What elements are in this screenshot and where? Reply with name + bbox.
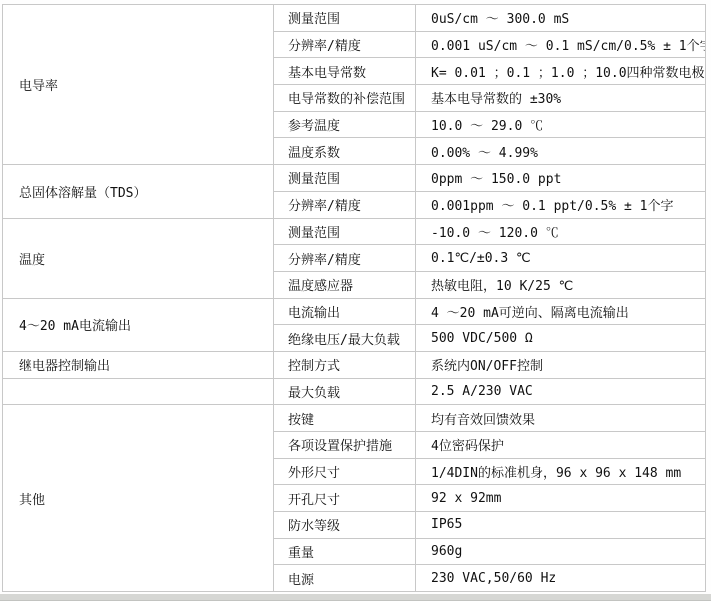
value-cell: 1/4DIN的标准机身，96 x 96 x 148 mm xyxy=(416,458,706,485)
value-cell: 4位密码保护 xyxy=(416,432,706,459)
category-cell-other: 其他 xyxy=(3,405,274,592)
table-row: 最大负载 2.5 A/230 VAC xyxy=(3,378,706,405)
value-cell: 2.5 A/230 VAC xyxy=(416,378,706,405)
value-cell: 0.00% ～ 4.99% xyxy=(416,138,706,165)
param-cell: 温度系数 xyxy=(274,138,416,165)
param-cell: 防水等级 xyxy=(274,512,416,539)
param-cell: 温度感应器 xyxy=(274,271,416,298)
category-cell-relay-output: 继电器控制输出 xyxy=(3,351,274,378)
table-row: 4～20 mA电流输出 电流输出 4 ～20 mA可逆向、隔离电流输出 xyxy=(3,298,706,325)
value-cell: IP65 xyxy=(416,512,706,539)
category-cell-empty xyxy=(3,378,274,405)
value-cell: 960g xyxy=(416,538,706,565)
value-cell: 500 VDC/500 Ω xyxy=(416,325,706,352)
param-cell: 分辨率/精度 xyxy=(274,31,416,58)
value-cell: 92 x 92mm xyxy=(416,485,706,512)
param-cell: 参考温度 xyxy=(274,111,416,138)
value-cell: 10.0 ～ 29.0 ℃ xyxy=(416,111,706,138)
param-cell: 外形尺寸 xyxy=(274,458,416,485)
value-cell: 4 ～20 mA可逆向、隔离电流输出 xyxy=(416,298,706,325)
table-row: 总固体溶解量（TDS） 测量范围 0ppm ～ 150.0 ppt xyxy=(3,165,706,192)
param-cell: 基本电导常数 xyxy=(274,58,416,85)
value-cell: 0.1℃/±0.3 ℃ xyxy=(416,245,706,272)
value-cell: 基本电导常数的 ±30% xyxy=(416,85,706,112)
param-cell: 按键 xyxy=(274,405,416,432)
category-cell-current-output: 4～20 mA电流输出 xyxy=(3,298,274,351)
value-cell: 热敏电阻，10 K/25 ℃ xyxy=(416,271,706,298)
value-cell: 均有音效回馈效果 xyxy=(416,405,706,432)
param-cell: 电导常数的补偿范围 xyxy=(274,85,416,112)
table-row: 继电器控制输出 控制方式 系统内ON/OFF控制 xyxy=(3,351,706,378)
category-cell-temperature: 温度 xyxy=(3,218,274,298)
value-cell: 230 VAC,50/60 Hz xyxy=(416,565,706,592)
value-cell: 0uS/cm ～ 300.0 mS xyxy=(416,5,706,32)
param-cell: 控制方式 xyxy=(274,351,416,378)
table-row: 其他 按键 均有音效回馈效果 xyxy=(3,405,706,432)
value-cell: 0.001ppm ～ 0.1 ppt/0.5% ± 1个字 xyxy=(416,191,706,218)
spec-table: 电导率 测量范围 0uS/cm ～ 300.0 mS 分辨率/精度 0.001 … xyxy=(2,4,706,592)
category-cell-conductivity: 电导率 xyxy=(3,5,274,165)
param-cell: 测量范围 xyxy=(274,165,416,192)
value-cell: K= 0.01 ；0.1 ；1.0 ；10.0四种常数电极 xyxy=(416,58,706,85)
value-cell: 系统内ON/OFF控制 xyxy=(416,351,706,378)
param-cell: 各项设置保护措施 xyxy=(274,432,416,459)
param-cell: 测量范围 xyxy=(274,5,416,32)
param-cell: 重量 xyxy=(274,538,416,565)
table-row: 温度 测量范围 -10.0 ～ 120.0 ℃ xyxy=(3,218,706,245)
value-cell: 0ppm ～ 150.0 ppt xyxy=(416,165,706,192)
param-cell: 开孔尺寸 xyxy=(274,485,416,512)
param-cell: 电流输出 xyxy=(274,298,416,325)
table-row: 电导率 测量范围 0uS/cm ～ 300.0 mS xyxy=(3,5,706,32)
category-cell-tds: 总固体溶解量（TDS） xyxy=(3,165,274,218)
param-cell: 电源 xyxy=(274,565,416,592)
value-cell: 0.001 uS/cm ～ 0.1 mS/cm/0.5% ± 1个字 xyxy=(416,31,706,58)
param-cell: 分辨率/精度 xyxy=(274,191,416,218)
param-cell: 分辨率/精度 xyxy=(274,245,416,272)
param-cell: 绝缘电压/最大负载 xyxy=(274,325,416,352)
value-cell: -10.0 ～ 120.0 ℃ xyxy=(416,218,706,245)
page-bottom-strip xyxy=(0,594,711,601)
param-cell: 测量范围 xyxy=(274,218,416,245)
param-cell: 最大负载 xyxy=(274,378,416,405)
